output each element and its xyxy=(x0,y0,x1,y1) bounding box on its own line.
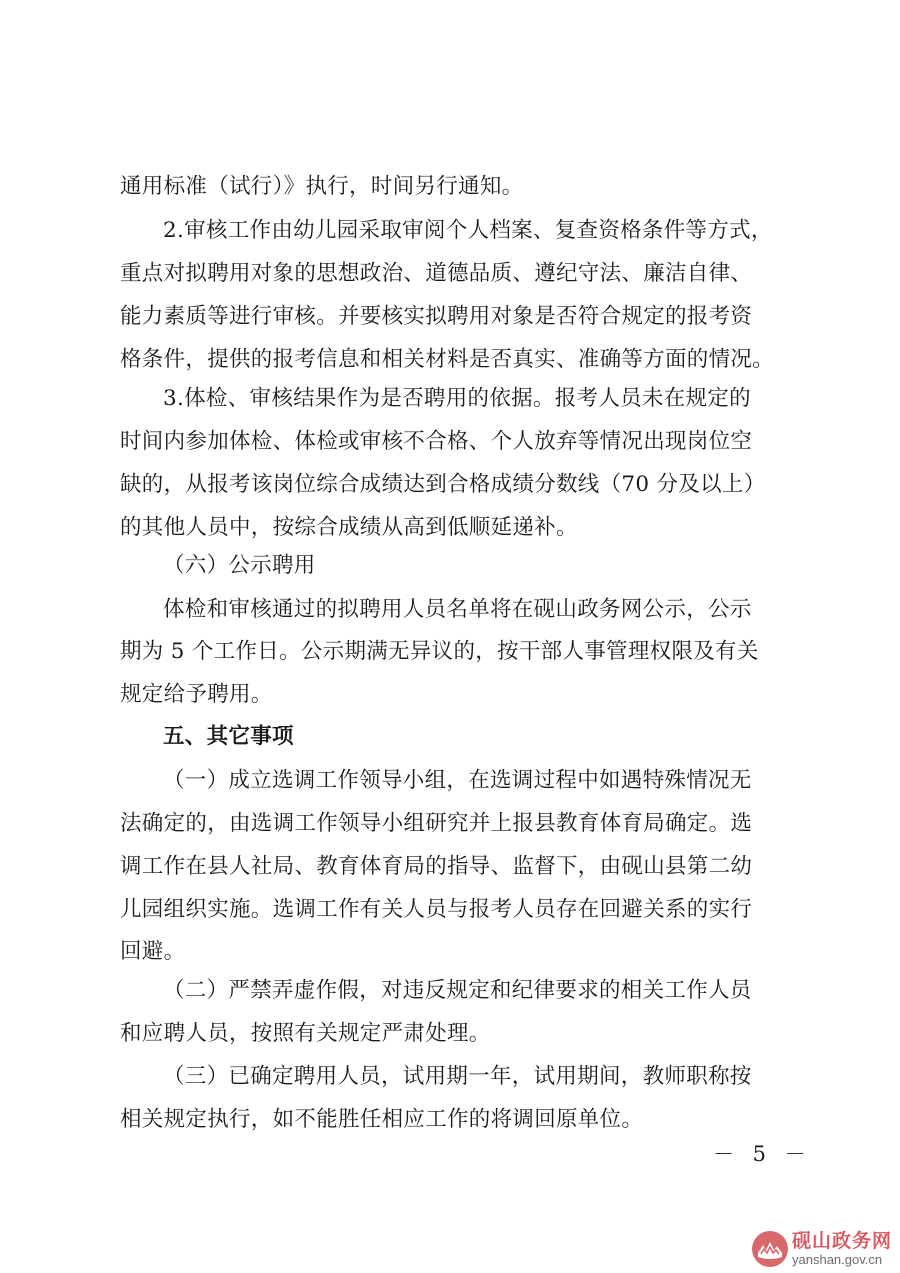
paragraph-line: 格条件，提供的报考信息和相关材料是否真实、准确等方面的情况。 xyxy=(120,345,800,375)
paragraph-line: 2.审核工作由幼儿园采取审阅个人档案、复查资格条件等方式， xyxy=(163,216,843,246)
paragraph-line: 通用标准（试行）》执行，时间另行通知。 xyxy=(120,172,800,202)
paragraph-line: 3.体检、审核结果作为是否聘用的依据。报考人员未在规定的 xyxy=(163,384,843,414)
paragraph-line: 回避。 xyxy=(120,937,800,967)
paragraph-line: 儿园组织实施。选调工作有关人员与报考人员存在回避关系的实行 xyxy=(120,895,800,925)
paragraph-line: 和应聘人员，按照有关规定严肃处理。 xyxy=(120,1019,800,1049)
subsection-heading: （六）公示聘用 xyxy=(163,551,843,581)
paragraph-line: （三）已确定聘用人员，试用期一年，试用期间，教师职称按 xyxy=(163,1062,843,1092)
page-number: － 5 － xyxy=(713,1140,812,1168)
mountain-logo-icon xyxy=(752,1231,788,1267)
paragraph-line: （一）成立选调工作领导小组，在选调过程中如遇特殊情况无 xyxy=(163,766,843,796)
paragraph-line: 时间内参加体检、体检或审核不合格、个人放弃等情况出现岗位空 xyxy=(120,427,800,457)
paragraph-line: （二）严禁弄虚作假，对违反规定和纪律要求的相关工作人员 xyxy=(163,976,843,1006)
paragraph-line: 调工作在县人社局、教育体育局的指导、监督下，由砚山县第二幼 xyxy=(120,852,800,882)
document-page: 通用标准（试行）》执行，时间另行通知。 2.审核工作由幼儿园采取审阅个人档案、复… xyxy=(0,0,900,1273)
watermark-title: 砚山政务网 xyxy=(792,1232,892,1251)
paragraph-line: 的其他人员中，按综合成绩从高到低顺延递补。 xyxy=(120,513,800,543)
paragraph-line: 重点对拟聘用对象的思想政治、道德品质、遵纪守法、廉洁自律、 xyxy=(120,259,800,289)
paragraph-line: 法确定的，由选调工作领导小组研究并上报县教育体育局确定。选 xyxy=(120,809,800,839)
watermark-url: yanshan.gov.cn xyxy=(792,1253,892,1266)
paragraph-line: 能力素质等进行审核。并要核实拟聘用对象是否符合规定的报考资 xyxy=(120,302,800,332)
paragraph-line: 期为 5 个工作日。公示期满无异议的，按干部人事管理权限及有关 xyxy=(120,637,800,667)
section-heading: 五、其它事项 xyxy=(163,722,843,752)
paragraph-line: 缺的，从报考该岗位综合成绩达到合格成绩分数线（70 分及以上） xyxy=(120,470,800,500)
paragraph-line: 规定给予聘用。 xyxy=(120,680,800,710)
paragraph-line: 相关规定执行，如不能胜任相应工作的将调回原单位。 xyxy=(120,1105,800,1135)
paragraph-line: 体检和审核通过的拟聘用人员名单将在砚山政务网公示，公示 xyxy=(163,595,843,625)
site-watermark: 砚山政务网 yanshan.gov.cn xyxy=(752,1225,900,1273)
